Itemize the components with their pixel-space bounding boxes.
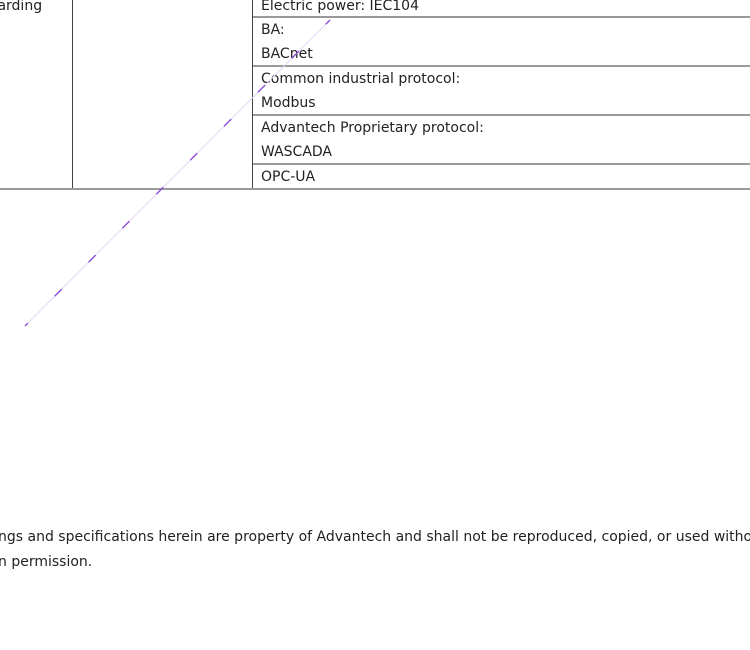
- row-line: Electric power: IEC104: [261, 0, 419, 14]
- row-line: BA:: [261, 18, 313, 42]
- footer-copyright-line1: ngs and specifications herein are proper…: [0, 527, 750, 547]
- table-col2-border: [252, 0, 253, 190]
- row-line: Common industrial protocol:: [261, 67, 460, 91]
- table-col1-border: [72, 0, 73, 190]
- table-row: Electric power: IEC104: [261, 0, 419, 18]
- table-row: BA: BACnet: [261, 18, 313, 66]
- table-row: OPC-UA: [261, 165, 315, 189]
- table-row: Advantech Proprietary protocol: WASCADA: [261, 116, 484, 164]
- row-line: Modbus: [261, 91, 460, 115]
- row-line: Advantech Proprietary protocol:: [261, 116, 484, 140]
- row-line: OPC-UA: [261, 165, 315, 189]
- row-line: BACnet: [261, 42, 313, 66]
- table-bottom-border: [0, 188, 750, 190]
- row-line: WASCADA: [261, 140, 484, 164]
- table-row: Common industrial protocol: Modbus: [261, 67, 460, 115]
- document-page: warding Electric power: IEC104 BA: BACne…: [0, 0, 750, 650]
- footer-copyright-line2: n permission.: [0, 552, 92, 572]
- table-col1-text: warding: [0, 0, 42, 18]
